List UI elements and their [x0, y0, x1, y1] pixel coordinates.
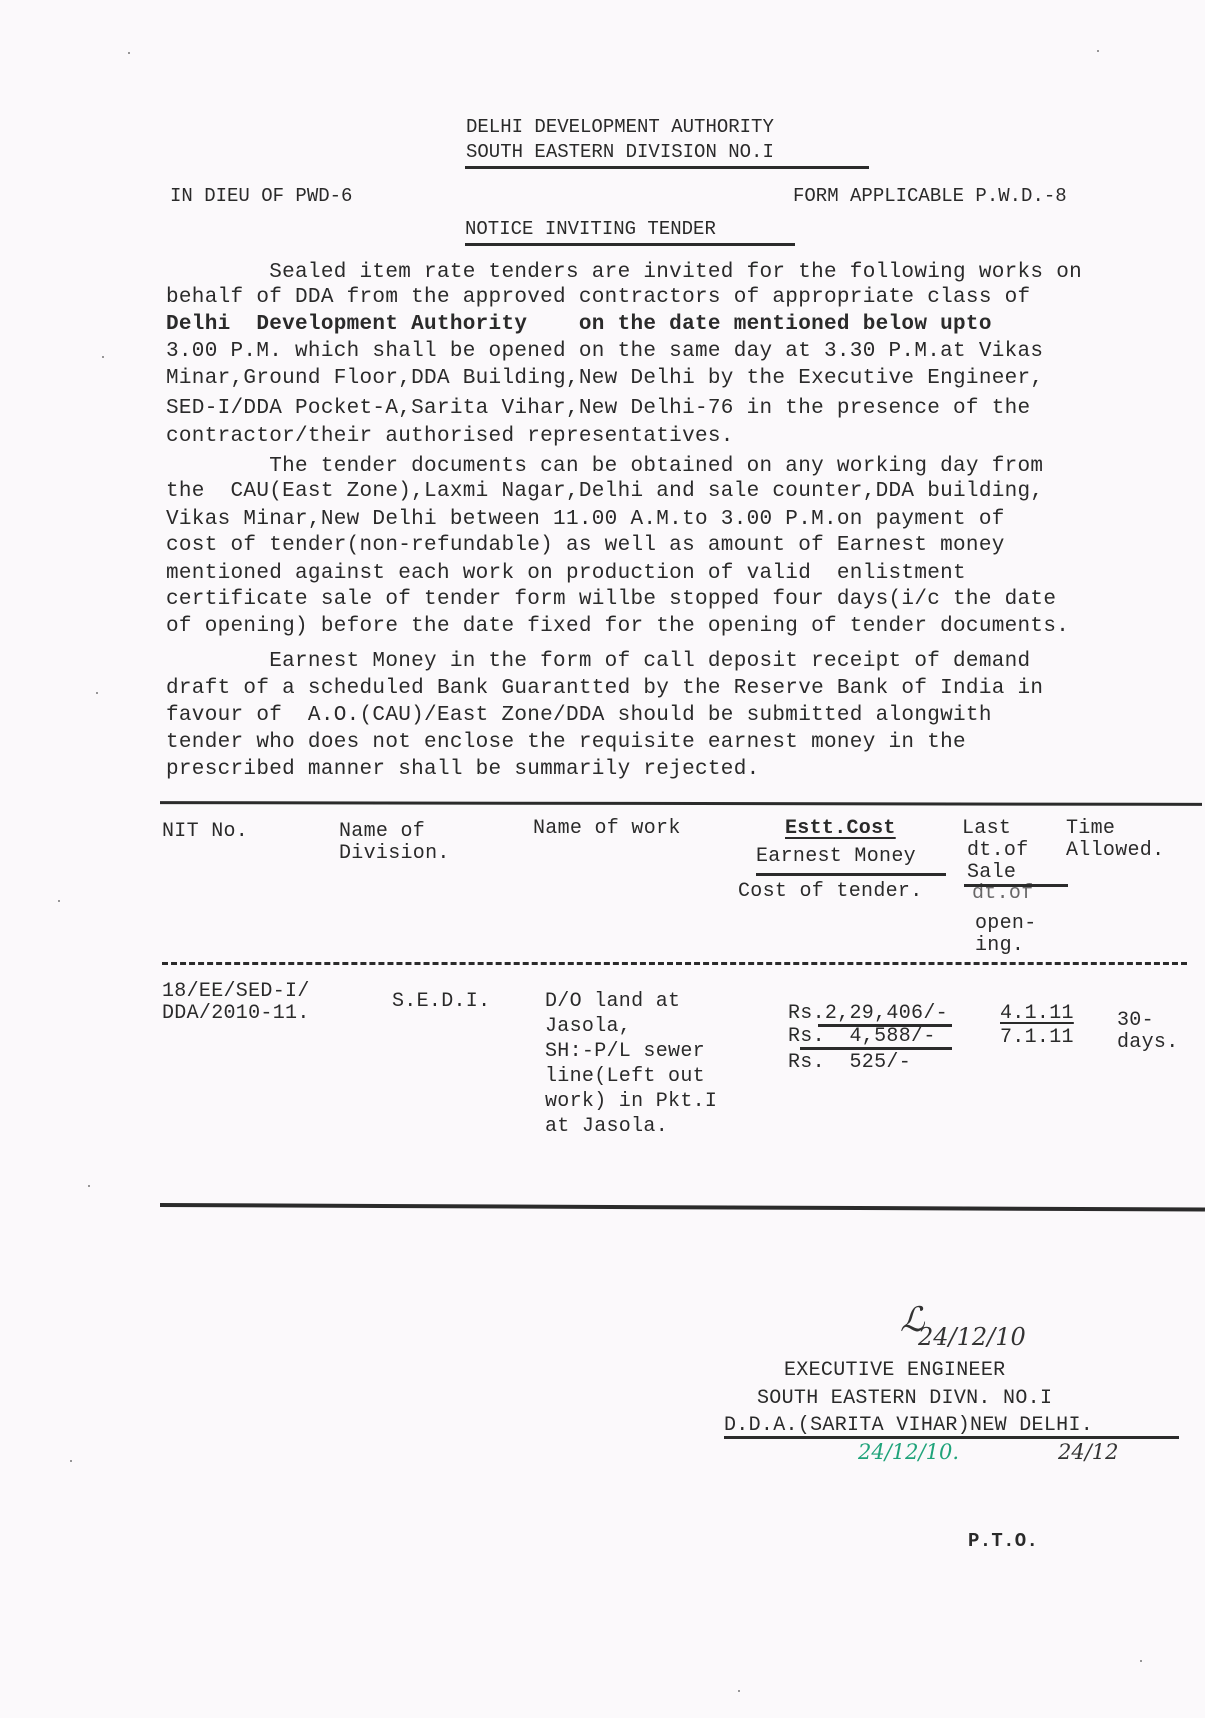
text-line: The tender documents can be obtained on …	[166, 453, 1043, 480]
signatory-office: D.D.A.(SARITA VIHAR)NEW DELHI.	[724, 1412, 1093, 1439]
cell-work-line6: at Jasola.	[545, 1113, 668, 1140]
notice-title: NOTICE INVITING TENDER	[465, 218, 716, 240]
col-header-cost-of-tender: Cost of tender.	[738, 878, 923, 905]
text-line: Earnest Money in the form of call deposi…	[166, 648, 1030, 675]
text-line: certificate sale of tender form willbe s…	[166, 586, 1056, 613]
text-line: the CAU(East Zone),Laxmi Nagar,Delhi and…	[166, 478, 1043, 505]
text-line: Delhi Development Authority on the date …	[166, 311, 992, 338]
green-annotation: 24/12/10.	[858, 1440, 959, 1464]
col-header-earnest-money: Earnest Money	[756, 843, 916, 870]
cell-work-line4: line(Left out	[545, 1063, 705, 1090]
col-header-division-line2: Division.	[339, 840, 450, 867]
header-underline	[465, 166, 869, 169]
cell-date-opening: 7.1.11	[1000, 1024, 1074, 1051]
cell-division: S.E.D.I.	[392, 988, 490, 1015]
pto-label: P.T.O.	[968, 1528, 1038, 1555]
text-line: prescribed manner shall be summarily rej…	[166, 756, 760, 783]
col-header-ing: ing.	[975, 932, 1024, 959]
division-name: SOUTH EASTERN DIVISION NO.I	[466, 141, 774, 163]
black-annotation: 24/12	[1058, 1440, 1119, 1464]
header-dashed-rule	[162, 962, 1187, 965]
right-reference: FORM APPLICABLE P.W.D.-8	[793, 185, 1067, 207]
text-line: Vikas Minar,New Delhi between 11.00 A.M.…	[166, 506, 1005, 533]
table-bottom-rule	[160, 1203, 1205, 1212]
text-line: contractor/their authorised representati…	[166, 423, 734, 450]
cell-time-allowed-line2: days.	[1117, 1029, 1179, 1056]
text-line: Minar,Ground Floor,DDA Building,New Delh…	[166, 365, 1043, 392]
signatory-designation: EXECUTIVE ENGINEER	[784, 1357, 1005, 1384]
text-line: mentioned against each work on productio…	[166, 560, 966, 587]
col-header-estt-cost: Estt.Cost	[785, 815, 896, 842]
cell-work-line2: Jasola,	[545, 1013, 631, 1040]
text-line: Sealed item rate tenders are invited for…	[166, 259, 1082, 286]
earnest-divider	[756, 873, 946, 876]
text-line: tender who does not enclose the requisit…	[166, 729, 966, 756]
table-top-rule	[160, 801, 1202, 806]
col-header-work: Name of work	[533, 815, 681, 842]
signatory-division: SOUTH EASTERN DIVN. NO.I	[757, 1385, 1052, 1412]
cell-last-date-sale: 4.1.11	[1000, 1000, 1074, 1027]
cell-nit-no-line2: DDA/2010-11.	[162, 1000, 310, 1027]
text-line: draft of a scheduled Bank Guarantted by …	[166, 675, 1043, 702]
cell-earnest-money: Rs. 4,588/-	[788, 1023, 936, 1050]
cell-work-line1: D/O land at	[545, 988, 680, 1015]
left-reference: IN DIEU OF PWD-6	[170, 185, 352, 207]
col-header-nit-no: NIT No.	[162, 818, 248, 845]
cell-cost-of-tender: Rs. 525/-	[788, 1049, 911, 1076]
text-line: behalf of DDA from the approved contract…	[166, 284, 1030, 311]
org-name: DELHI DEVELOPMENT AUTHORITY	[466, 116, 774, 138]
text-line: 3.00 P.M. which shall be opened on the s…	[166, 338, 1043, 365]
title-underline	[465, 243, 795, 246]
text-line: cost of tender(non-refundable) as well a…	[166, 532, 1005, 559]
col-header-dtof-open: dt.of	[972, 880, 1034, 907]
cell-work-line5: work) in Pkt.I	[545, 1088, 717, 1115]
text-line: SED-I/DDA Pocket-A,Sarita Vihar,New Delh…	[166, 395, 1030, 422]
cell-work-line3: SH:-P/L sewer	[545, 1038, 705, 1065]
text-line: of opening) before the date fixed for th…	[166, 613, 1069, 640]
text-line: favour of A.O.(CAU)/East Zone/DDA should…	[166, 702, 992, 729]
col-header-allowed: Allowed.	[1066, 837, 1164, 864]
signature-date: 24/12/10	[918, 1323, 1026, 1351]
office-underline	[724, 1436, 1179, 1439]
